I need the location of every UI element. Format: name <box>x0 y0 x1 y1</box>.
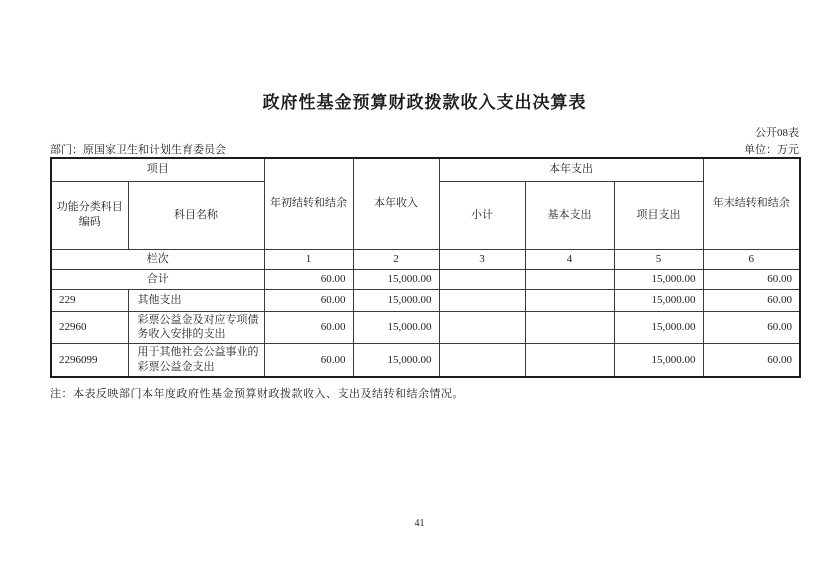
column-number: 4 <box>525 249 614 269</box>
footnote: 注：本表反映部门本年度政府性基金预算财政拨款收入、支出及结转和结余情况。 <box>50 385 464 401</box>
table-row: 22960 彩票公益金及对应专项债务收入安排的支出 60.00 15,000.0… <box>51 311 800 344</box>
cell-subject-name: 其他支出 <box>128 289 264 311</box>
cell-value: 60.00 <box>264 269 353 289</box>
cell-value: 15,000.00 <box>614 311 703 344</box>
cell-value <box>525 311 614 344</box>
cell-value: 15,000.00 <box>353 289 439 311</box>
column-row-label: 栏次 <box>51 249 264 269</box>
column-number: 3 <box>439 249 525 269</box>
cell-value: 15,000.00 <box>614 269 703 289</box>
header-code: 功能分类科目编码 <box>51 181 128 249</box>
cell-code: 22960 <box>51 311 128 344</box>
column-number: 2 <box>353 249 439 269</box>
cell-value: 15,000.00 <box>353 269 439 289</box>
cell-value: 60.00 <box>703 289 800 311</box>
cell-value <box>439 311 525 344</box>
cell-code: 2296099 <box>51 344 128 377</box>
column-number-row: 栏次 1 2 3 4 5 6 <box>51 249 800 269</box>
cell-value <box>525 289 614 311</box>
cell-value: 15,000.00 <box>614 289 703 311</box>
header-basic-expenditure: 基本支出 <box>525 181 614 249</box>
cell-value <box>525 269 614 289</box>
cell-value: 60.00 <box>703 344 800 377</box>
header-subject-name: 科目名称 <box>128 181 264 249</box>
unit-label: 单位：万元 <box>744 141 799 157</box>
cell-value: 15,000.00 <box>614 344 703 377</box>
table-row-total: 合计 60.00 15,000.00 15,000.00 60.00 <box>51 269 800 289</box>
budget-table: 项目 年初结转和结余 本年收入 本年支出 年末结转和结余 功能分类科目编码 科目… <box>50 157 801 378</box>
page-number: 41 <box>0 518 839 529</box>
total-label: 合计 <box>51 269 264 289</box>
table-row: 2296099 用于其他社会公益事业的彩票公益金支出 60.00 15,000.… <box>51 344 800 377</box>
table-code-label: 公开08表 <box>755 124 799 140</box>
meta-row: 部门：原国家卫生和计划生育委员会 单位：万元 <box>50 141 799 157</box>
table-row: 229 其他支出 60.00 15,000.00 15,000.00 60.00 <box>51 289 800 311</box>
cell-value: 60.00 <box>264 311 353 344</box>
page-title: 政府性基金预算财政拨款收入支出决算表 <box>50 88 799 113</box>
header-beginning-balance: 年初结转和结余 <box>264 158 353 249</box>
table-header-row-1: 项目 年初结转和结余 本年收入 本年支出 年末结转和结余 <box>51 158 800 181</box>
column-number: 6 <box>703 249 800 269</box>
header-current-expenditure: 本年支出 <box>439 158 703 181</box>
header-ending-balance: 年末结转和结余 <box>703 158 800 249</box>
department-label: 部门：原国家卫生和计划生育委员会 <box>50 141 226 157</box>
cell-value <box>439 344 525 377</box>
column-number: 5 <box>614 249 703 269</box>
cell-code: 229 <box>51 289 128 311</box>
cell-value <box>439 269 525 289</box>
cell-value <box>525 344 614 377</box>
column-number: 1 <box>264 249 353 269</box>
header-subtotal: 小计 <box>439 181 525 249</box>
cell-value: 60.00 <box>703 311 800 344</box>
cell-subject-name: 用于其他社会公益事业的彩票公益金支出 <box>128 344 264 377</box>
cell-value: 60.00 <box>264 344 353 377</box>
cell-value: 15,000.00 <box>353 311 439 344</box>
cell-value: 15,000.00 <box>353 344 439 377</box>
header-current-income: 本年收入 <box>353 158 439 249</box>
cell-value <box>439 289 525 311</box>
cell-value: 60.00 <box>703 269 800 289</box>
header-project-expenditure: 项目支出 <box>614 181 703 249</box>
header-project: 项目 <box>51 158 264 181</box>
cell-value: 60.00 <box>264 289 353 311</box>
cell-subject-name: 彩票公益金及对应专项债务收入安排的支出 <box>128 311 264 344</box>
